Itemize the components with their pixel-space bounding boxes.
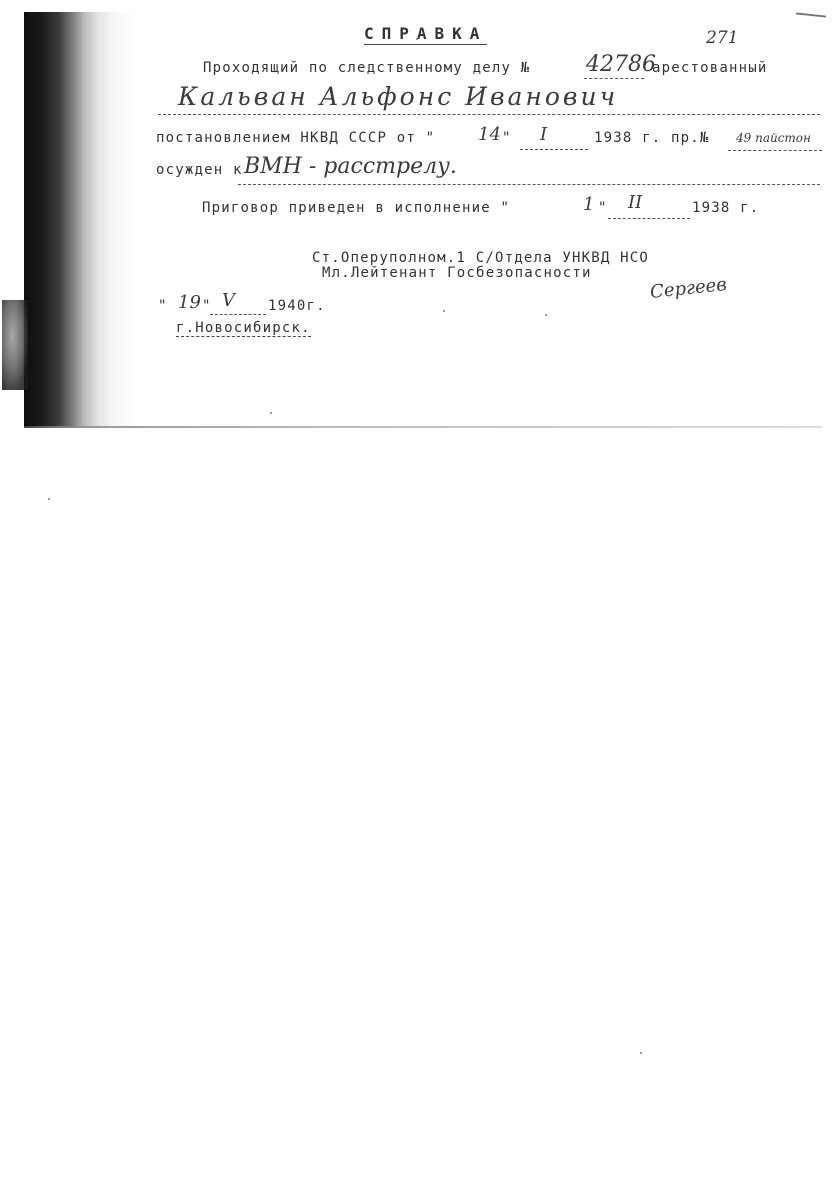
officer-rank: Мл.Лейтенант Госбезопасности [322,265,592,281]
execution-month: II [628,192,642,213]
line1-prefix: Проходящий по следственному делу № [203,60,530,76]
certificate-month-underline [210,314,266,315]
execution-year-text: 1938 г. [692,200,759,216]
line5-mid: " [598,200,608,216]
certificate-place: г.Новосибирск. [176,320,311,337]
convict-full-name: Кальван Альфонс Иванович [178,82,618,111]
protocol-underline [728,150,822,151]
resolution-month: I [540,124,547,145]
officer-position: Ст.Оперуполном.1 С/Отдела УНКВД НСО [312,250,649,266]
line1-suffix: арестованный [652,60,768,76]
scan-speck [48,498,50,500]
line5-prefix: Приговор приведен в исполнение " [202,200,510,216]
torn-edge [2,300,28,390]
execution-month-underline [608,218,690,219]
scan-speck [270,412,272,414]
certificate-year-text: 1940г. [268,298,326,314]
case-number-underline [584,78,644,79]
date-open-quote: " [158,298,168,314]
resolution-year-text: 1938 г. пр.№ [594,130,710,146]
protocol-number: 49 пайстон [736,131,811,145]
scanned-page: СПРАВКА 271 Проходящий по следственному … [0,0,840,1187]
case-number: 42786 [586,52,656,77]
line4-prefix: осужден к [156,162,243,178]
execution-day: 1 [583,194,594,215]
document-title: СПРАВКА [364,24,487,45]
sentence-underline [238,184,820,185]
resolution-day: 14 [478,124,501,145]
name-underline [158,114,820,115]
archive-mark: 271 [706,28,738,48]
certificate-month: V [222,290,235,311]
date-close-quote: " [202,298,212,314]
scan-speck [545,314,547,316]
scan-speck [443,310,445,312]
scan-speck [640,1052,642,1054]
line3-mid: " [502,130,512,146]
certificate-day: 19 [178,292,201,313]
sentence: ВМН - расстрелу. [244,154,457,179]
month-underline [520,149,588,150]
line3-prefix: постановлением НКВД СССР от " [156,130,435,146]
scan-speck [416,38,418,40]
